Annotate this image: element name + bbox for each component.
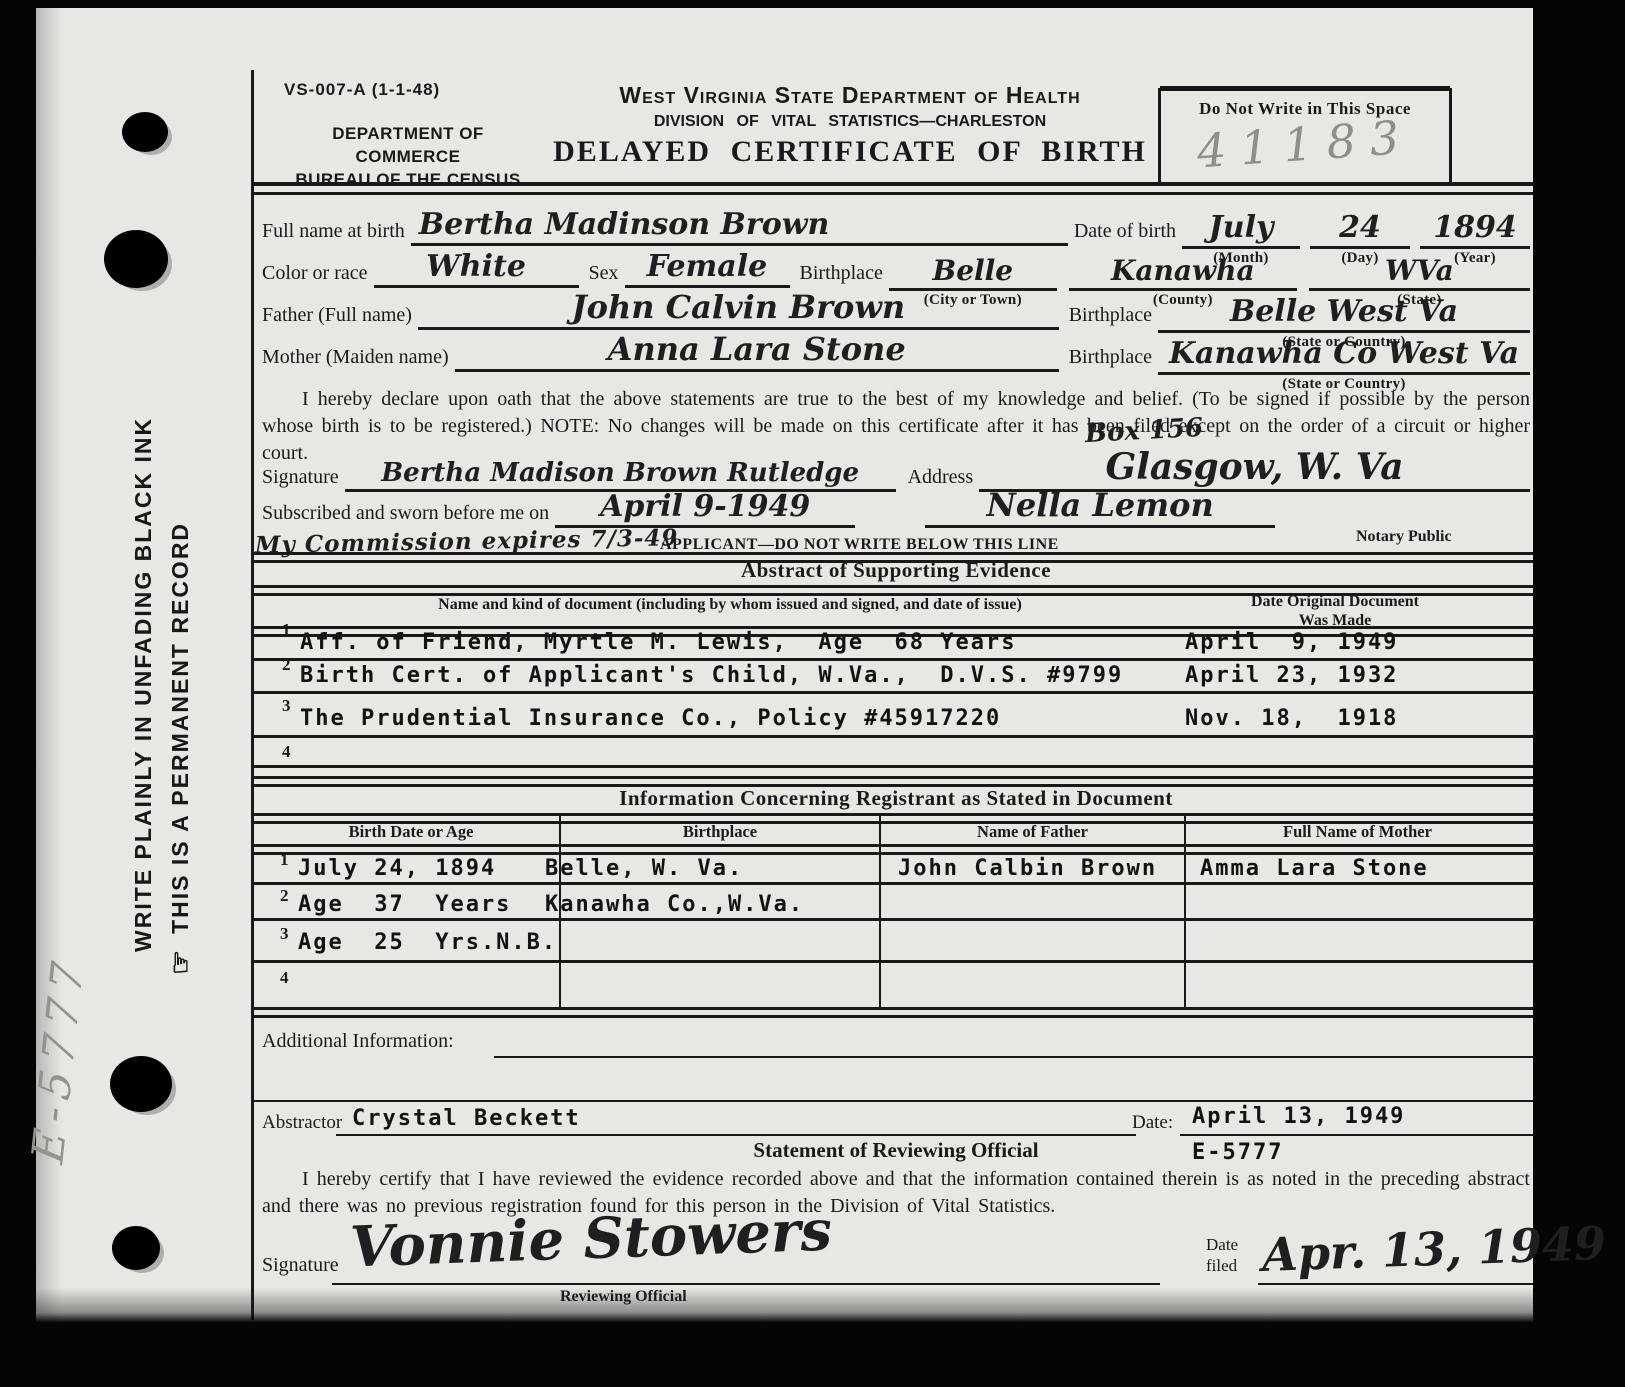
date-filed-label: Date filed xyxy=(1206,1234,1238,1276)
notary-caption: Notary Public xyxy=(1356,528,1452,546)
header-division: DIVISION OF VITAL STATISTICS—CHARLESTON xyxy=(550,113,1150,131)
registrant-row3-line xyxy=(251,960,1533,963)
registrant-row1-line xyxy=(251,882,1533,885)
registrant-row2-line xyxy=(251,918,1533,921)
header-rule xyxy=(251,182,1533,195)
row-full-name: Full name at birth Bertha Madinson Brown… xyxy=(262,200,1530,246)
father-value: John Calvin Brown xyxy=(418,288,1059,330)
registrant-row2-birth: Age 37 Years xyxy=(298,892,511,917)
evidence-row1-date: April 9, 1949 xyxy=(1185,630,1398,655)
registrant-col4-header: Full Name of Mother xyxy=(1185,822,1530,842)
agency-name: DEPARTMENT OF COMMERCE BUREAU OF THE CEN… xyxy=(278,122,538,191)
agency-line1: DEPARTMENT OF COMMERCE xyxy=(278,122,538,168)
rule-below-registrant-header xyxy=(251,844,1533,855)
evidence-row3-text: The Prudential Insurance Co., Policy #45… xyxy=(300,706,1001,731)
registrant-row1-mother: Amma Lara Stone xyxy=(1200,856,1429,881)
registrant-col1-header: Birth Date or Age xyxy=(262,822,560,842)
evidence-row2-number: 2 xyxy=(282,655,291,675)
row-sworn: Subscribed and sworn before me on April … xyxy=(262,480,1530,528)
mother-birthplace-label: Birthplace xyxy=(1059,346,1158,372)
header-department: West Virginia State Department of Health xyxy=(550,82,1150,109)
evidence-row3-line xyxy=(251,735,1533,738)
row-mother: Mother (Maiden name) Anna Lara Stone Bir… xyxy=(262,326,1530,372)
date-filed-label-line2: filed xyxy=(1206,1255,1238,1276)
margin-note-permanent-record: ☞THIS IS A PERMANENT RECORD xyxy=(164,522,194,975)
abstractor-value: Crystal Beckett xyxy=(352,1106,581,1131)
row-race-sex-birthplace: Color or race White Sex Female Birthplac… xyxy=(262,242,1530,288)
permanent-record-text: THIS IS A PERMANENT RECORD xyxy=(167,522,193,934)
mother-birthplace-value: Kanawha Co West Va xyxy=(1158,336,1530,375)
evidence-col2-header: Date Original Document Was Made xyxy=(1190,592,1480,630)
mother-value: Anna Lara Stone xyxy=(455,330,1059,372)
rule-below-registrant-table xyxy=(251,1007,1533,1018)
registrant-row2-birthplace: Kanawha Co.,W.Va. xyxy=(545,892,804,917)
abstract-date-value: April 13, 1949 xyxy=(1192,1104,1405,1129)
form-title: DELAYED CERTIFICATE OF BIRTH xyxy=(550,135,1150,169)
evidence-title: Abstract of Supporting Evidence xyxy=(262,558,1530,583)
manicule-icon: ☞ xyxy=(165,934,196,975)
reviewing-signature-label: Signature xyxy=(262,1254,345,1280)
sex-value: Female xyxy=(625,249,790,288)
date-filed-value: Apr. 13, 1949 xyxy=(1261,1216,1607,1282)
hole-punch-1 xyxy=(122,112,168,152)
registrant-row4-number: 4 xyxy=(280,968,289,988)
registrant-divider-3 xyxy=(1184,816,1186,1010)
registrant-row2-number: 2 xyxy=(280,886,289,906)
stamp-box: Do Not Write in This Space 41183 xyxy=(1158,88,1452,186)
evidence-row4-line xyxy=(251,765,1533,768)
full-name-value: Bertha Madinson Brown xyxy=(411,207,1068,246)
evidence-col2-header-line1: Date Original Document xyxy=(1190,592,1480,611)
abstractor-label: Abstractor xyxy=(262,1112,342,1134)
evidence-row1-text: Aff. of Friend, Myrtle M. Lewis, Age 68 … xyxy=(300,630,1017,655)
hole-punch-2 xyxy=(104,230,168,288)
additional-info-line xyxy=(494,1056,1533,1058)
registrant-col3-header: Name of Father xyxy=(880,822,1185,842)
additional-info-label: Additional Information: xyxy=(262,1030,460,1056)
hole-punch-4 xyxy=(112,1226,160,1270)
evidence-row2-date: April 23, 1932 xyxy=(1185,663,1398,688)
paper-bottom-shadow xyxy=(36,1288,1533,1323)
race-value: White xyxy=(374,249,579,288)
abstract-date-label: Date: xyxy=(1132,1112,1173,1134)
evidence-row4-number: 4 xyxy=(282,742,291,762)
row-father: Father (Full name) John Calvin Brown Bir… xyxy=(262,284,1530,330)
registrant-title: Information Concerning Registrant as Sta… xyxy=(262,786,1530,811)
evidence-row2-text: Birth Cert. of Applicant's Child, W.Va.,… xyxy=(300,663,1123,688)
evidence-row3-number: 3 xyxy=(282,696,291,716)
registrant-row1-birth: July 24, 1894 xyxy=(298,856,496,881)
evidence-col1-header: Name and kind of document (including by … xyxy=(300,596,1160,614)
form-number: VS-007-A (1-1-48) xyxy=(284,80,440,100)
hole-punch-3 xyxy=(110,1056,172,1112)
additional-info-line2 xyxy=(251,1100,1533,1102)
sworn-date-value: April 9-1949 xyxy=(555,489,855,528)
evidence-row2-line xyxy=(251,691,1533,694)
abstract-date-line xyxy=(1180,1134,1533,1136)
registrant-col2-header: Birthplace xyxy=(560,822,880,842)
registrant-divider-2 xyxy=(879,816,881,1010)
reviewing-signature-line xyxy=(332,1283,1160,1285)
sworn-label: Subscribed and sworn before me on xyxy=(262,502,555,528)
registrant-row3-number: 3 xyxy=(280,924,289,944)
registrant-row1-father: John Calbin Brown xyxy=(898,856,1157,881)
scanned-document: WRITE PLAINLY IN UNFADING BLACK INK ☞THI… xyxy=(0,0,1625,1387)
evidence-row1-number: 1 xyxy=(282,620,291,640)
evidence-row3-date: Nov. 18, 1918 xyxy=(1185,706,1398,731)
evidence-row1-line xyxy=(251,658,1533,661)
date-filed-label-line1: Date xyxy=(1206,1234,1238,1255)
form-left-rule xyxy=(251,70,254,1320)
registrant-row3-birth: Age 25 Yrs.N.B. xyxy=(298,930,557,955)
notary-signature-value: Nella Lemon xyxy=(925,486,1275,528)
registrant-row1-birthplace: Belle, W. Va. xyxy=(545,856,743,881)
mother-label: Mother (Maiden name) xyxy=(262,346,455,372)
date-filed-line xyxy=(1258,1283,1533,1285)
reviewing-title: Statement of Reviewing Official xyxy=(262,1138,1530,1163)
abstractor-line xyxy=(336,1134,1136,1136)
registrant-row1-number: 1 xyxy=(280,850,289,870)
margin-note-write-plainly: WRITE PLAINLY IN UNFADING BLACK INK xyxy=(130,417,160,952)
